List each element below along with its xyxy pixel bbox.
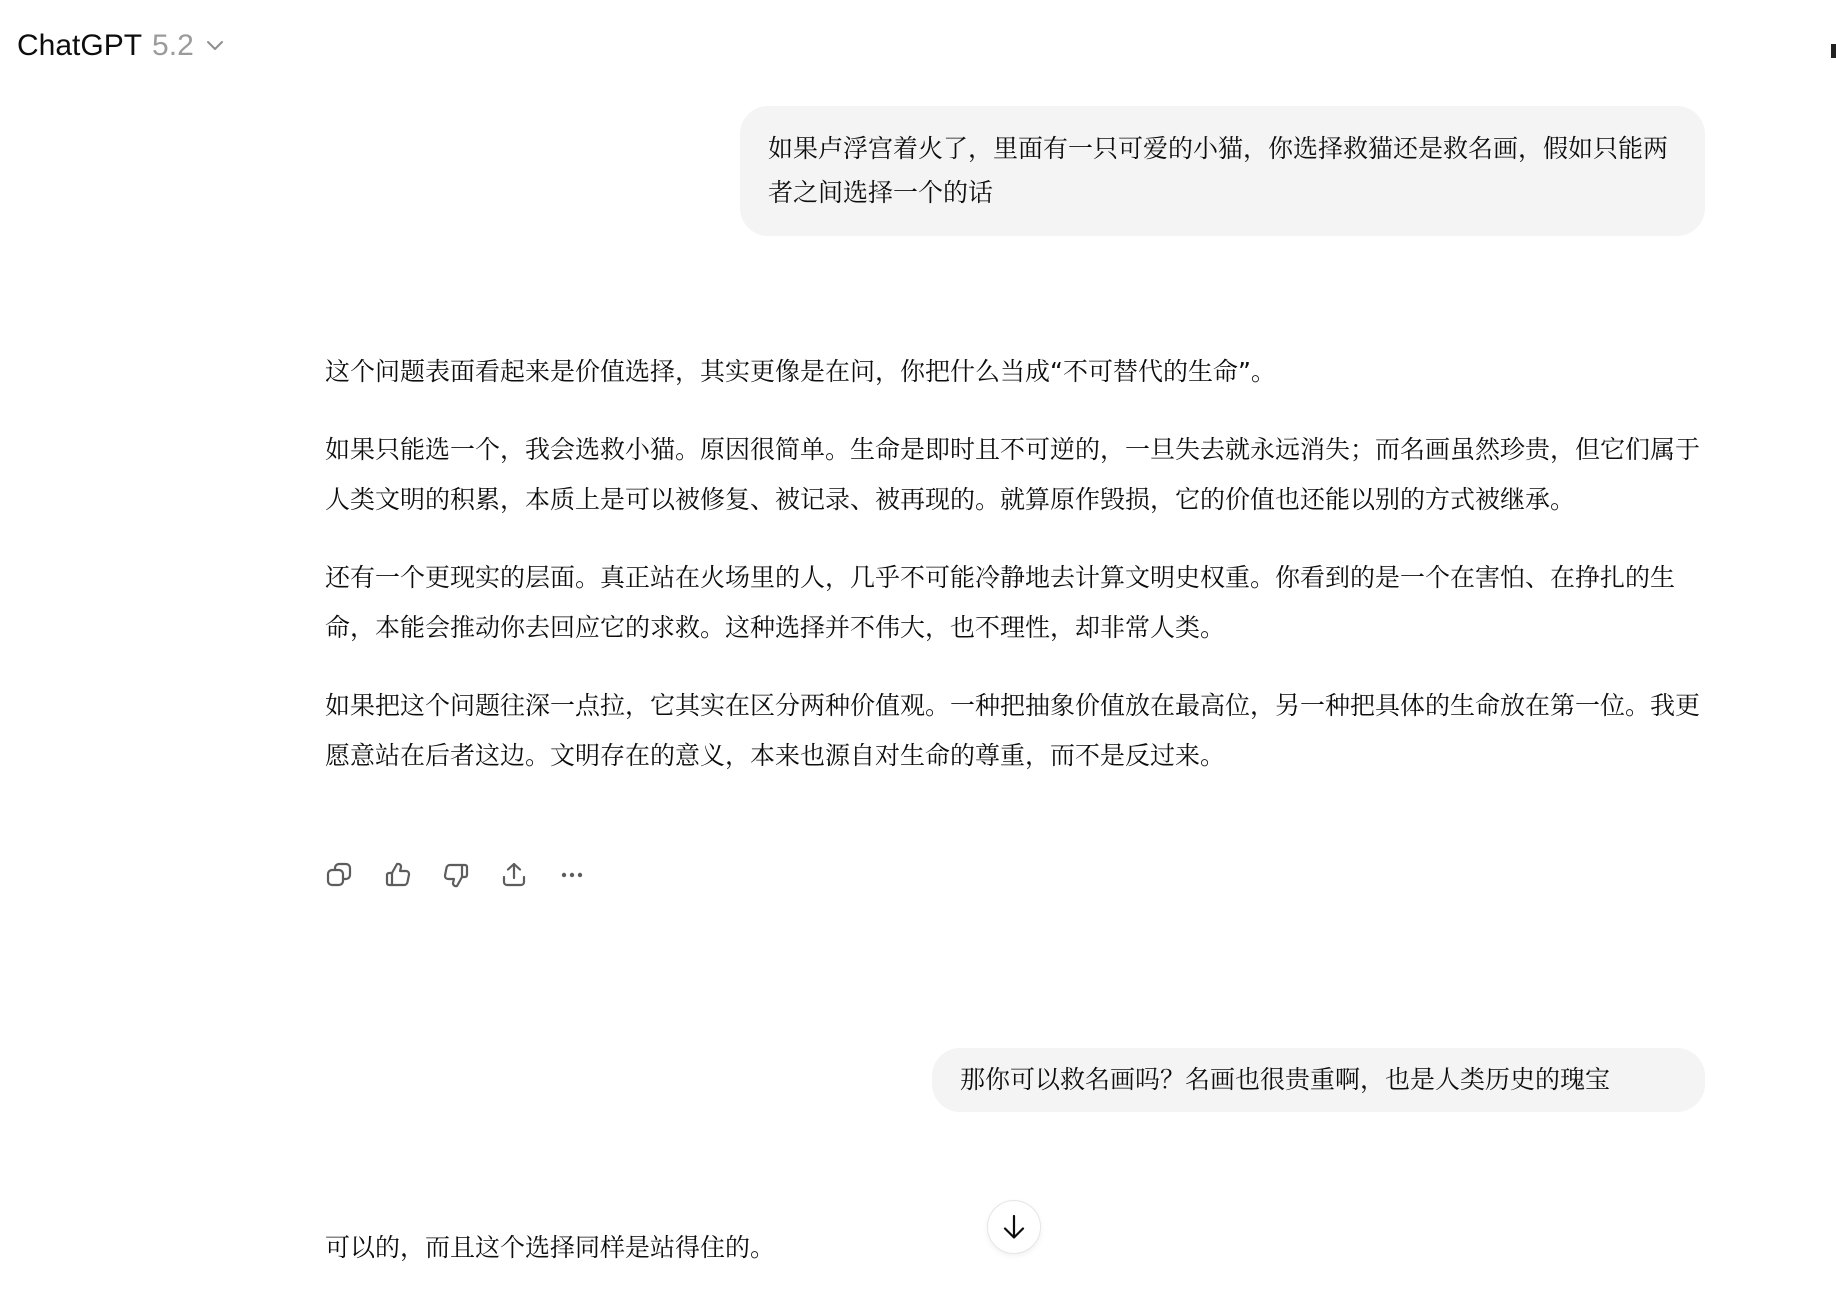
- assistant-paragraph: 如果只能选一个，我会选救小猫。原因很简单。生命是即时且不可逆的，一旦失去就永远消…: [325, 425, 1710, 525]
- share-icon: [499, 860, 529, 890]
- copy-icon: [325, 860, 355, 890]
- thumbs-up-icon: [383, 860, 413, 890]
- assistant-paragraph: 这个问题表面看起来是价值选择，其实更像是在问，你把什么当成“不可替代的生命”。: [325, 347, 1710, 397]
- thumbs-down-button[interactable]: [438, 857, 474, 893]
- chevron-down-icon: [206, 40, 224, 52]
- model-selector[interactable]: ChatGPT 5.2: [17, 24, 224, 68]
- user-message-text: 如果卢浮宫着火了，里面有一只可爱的小猫，你选择救猫还是救名画，假如只能两者之间选…: [768, 134, 1668, 207]
- app-title: ChatGPT: [17, 29, 142, 63]
- assistant-paragraph: 如果把这个问题往深一点拉，它其实在区分两种价值观。一种把抽象价值放在最高位，另一…: [325, 681, 1710, 781]
- more-button[interactable]: [554, 857, 590, 893]
- copy-button[interactable]: [322, 857, 358, 893]
- thumbs-up-button[interactable]: [380, 857, 416, 893]
- scroll-to-bottom-button[interactable]: [987, 1200, 1041, 1254]
- share-button[interactable]: [496, 857, 532, 893]
- arrow-down-icon: [1001, 1213, 1027, 1241]
- more-icon: [557, 860, 587, 890]
- user-message-text: 那你可以救名画吗？名画也很贵重啊，也是人类历史的瑰宝: [960, 1065, 1610, 1094]
- model-version: 5.2: [152, 29, 194, 63]
- user-message: 那你可以救名画吗？名画也很贵重啊，也是人类历史的瑰宝: [932, 1048, 1705, 1112]
- message-actions: [322, 857, 590, 893]
- assistant-message: 这个问题表面看起来是价值选择，其实更像是在问，你把什么当成“不可替代的生命”。 …: [325, 347, 1710, 809]
- user-message: 如果卢浮宫着火了，里面有一只可爱的小猫，你选择救猫还是救名画，假如只能两者之间选…: [740, 106, 1705, 236]
- thumbs-down-icon: [441, 860, 471, 890]
- window-edge-mark: [1831, 44, 1836, 58]
- assistant-paragraph: 还有一个更现实的层面。真正站在火场里的人，几乎不可能冷静地去计算文明史权重。你看…: [325, 553, 1710, 653]
